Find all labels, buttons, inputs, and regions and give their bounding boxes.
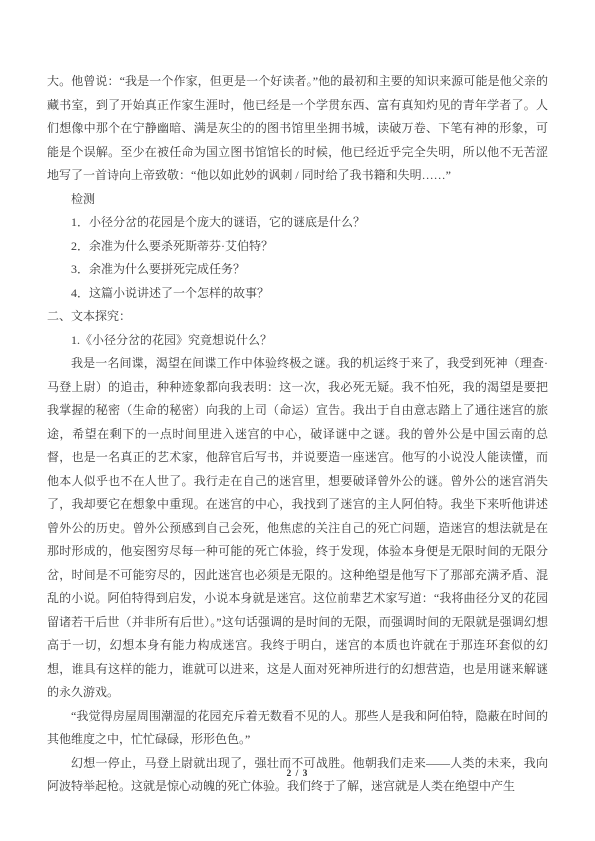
document-page: 大。他曾说：“我是一个作家，但更是一个好读者。”他的最初和主要的知识来源可能是他… bbox=[0, 0, 595, 841]
body-paragraph-main: 我是一名间谍，渴望在间谍工作中体验终极之谜。我的机运终于来了，我受到死神（理查·… bbox=[47, 352, 548, 705]
page-number: 2 / 3 bbox=[0, 769, 595, 779]
body-paragraph-quote: “我觉得房屋周围潮湿的花园充斥着无数看不见的人。那些人是我和阿伯特，隐蔽在时间的… bbox=[47, 705, 548, 752]
section-label-jiance: 检测 bbox=[47, 188, 548, 212]
page-body: 大。他曾说：“我是一个作家，但更是一个好读者。”他的最初和主要的知识来源可能是他… bbox=[47, 70, 548, 799]
question-item-1: 1．小径分岔的花园是个庞大的谜语，它的谜底是什么？ bbox=[47, 211, 548, 235]
subquestion-heading: 1.《小径分岔的花园》究竟想说什么？ bbox=[47, 329, 548, 353]
question-item-2: 2．余准为什么要杀死斯蒂芬·艾伯特？ bbox=[47, 235, 548, 259]
question-item-3: 3．余准为什么要拼死完成任务？ bbox=[47, 258, 548, 282]
section-heading-wenben-tanjiu: 二、文本探究： bbox=[47, 305, 548, 329]
question-item-4: 4．这篇小说讲述了一个怎样的故事？ bbox=[47, 282, 548, 306]
body-paragraph-continuation: 大。他曾说：“我是一个作家，但更是一个好读者。”他的最初和主要的知识来源可能是他… bbox=[47, 70, 548, 188]
